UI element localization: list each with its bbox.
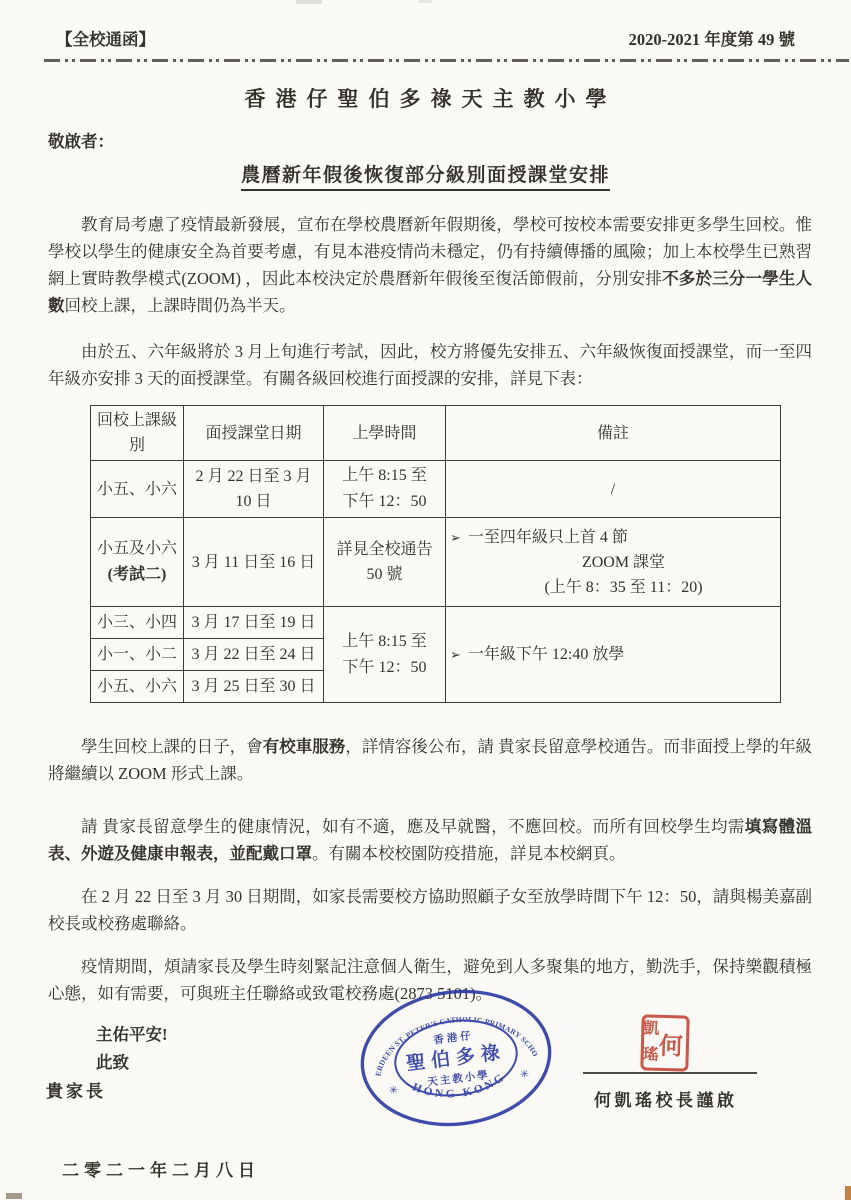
scan-artifact <box>418 0 432 3</box>
dates-cell: 3 月 22 日至 24 日 <box>184 639 324 671</box>
arrow-bullet-icon: ➢ <box>450 642 461 667</box>
paragraph-2: 由於五、六年級將於 3 月上旬進行考試，因此，校方將優先安排五、六年級恢復面授課… <box>48 338 812 392</box>
subject-title: 農曆新年假後恢復部分級別面授課堂安排 <box>241 160 610 191</box>
scan-artifact <box>6 1193 22 1199</box>
remarks-cell: ➢ 一至四年級只上首 4 節 ZOOM 課堂 (上午 8：35 至 11：20) <box>446 518 781 607</box>
grade-cell: 小三、小四 <box>91 607 184 639</box>
grade-cell: 小五及小六 (考試二) <box>91 518 184 607</box>
dates-cell: 3 月 11 日至 16 日 <box>184 518 324 607</box>
stamp-star-right-icon: ✳ <box>519 1068 530 1081</box>
svg-text:香港仔: 香港仔 <box>433 1029 475 1047</box>
time-cell: 上午 8:15 至 下午 12：50 <box>324 461 446 518</box>
table-row: 小五、小六 2 月 22 日至 3 月 10 日 上午 8:15 至 下午 12… <box>91 461 781 518</box>
remarks-cell-merged: ➢ 一年級下午 12:40 放學 <box>446 607 781 703</box>
header-remarks: 備註 <box>446 406 781 461</box>
dates-cell: 2 月 22 日至 3 月 10 日 <box>184 461 324 518</box>
salutation: 敬啟者： <box>48 128 851 152</box>
scan-artifact <box>845 1186 851 1200</box>
subject-wrap: 農曆新年假後恢復部分級別面授課堂安排 <box>0 160 851 191</box>
time-cell-merged: 上午 8:15 至 下午 12：50 <box>324 607 446 703</box>
table-row: 小三、小四 3 月 17 日至 19 日 上午 8:15 至 下午 12：50 … <box>91 607 781 639</box>
notice-header: 【全校通函】 2020-2021 年度第 49 號 <box>0 0 851 50</box>
circular-number-label: 2020-2021 年度第 49 號 <box>629 26 795 50</box>
header-dates: 面授課堂日期 <box>184 406 324 461</box>
scanned-school-notice: 【全校通函】 2020-2021 年度第 49 號 香港仔聖伯多祿天主教小學 敬… <box>0 0 851 1200</box>
paragraph-4: 請 貴家長留意學生的健康情況，如有不適，應及早就醫，不應回校。而所有回校學生均需… <box>48 813 812 867</box>
schedule-table: 回校上課級別 面授課堂日期 上學時間 備註 小五、小六 2 月 22 日至 3 … <box>90 405 781 703</box>
stamp-star-left-icon: ✳ <box>388 1084 399 1097</box>
dashed-divider <box>44 59 849 62</box>
arrow-bullet-icon: ➢ <box>450 525 461 550</box>
svg-text:聖伯多祿: 聖伯多祿 <box>405 1040 507 1075</box>
time-cell: 詳見全校通告 50 號 <box>324 518 446 607</box>
paragraph-1: 教育局考慮了疫情最新發展，宣布在學校農曆新年假期後，學校可按校本需要安排更多學生… <box>48 211 812 319</box>
signature-line <box>583 1072 757 1074</box>
table-row: 小五及小六 (考試二) 3 月 11 日至 16 日 詳見全校通告 50 號 ➢… <box>91 518 781 607</box>
school-stamp-icon: ABERDEEN ST. PETER'S CATHOLIC PRIMARY SC… <box>348 976 564 1139</box>
table-header-row: 回校上課級別 面授課堂日期 上學時間 備註 <box>91 406 781 461</box>
scan-artifact <box>296 0 322 4</box>
grade-cell: 小一、小二 <box>91 639 184 671</box>
dates-cell: 3 月 17 日至 19 日 <box>184 607 324 639</box>
signature-text: 何凱瑤校長謹啟 <box>594 1086 738 1111</box>
remarks-cell: / <box>446 461 781 518</box>
grade-cell: 小五、小六 <box>91 461 184 518</box>
date-line: 二零二一年二月八日 <box>62 1156 851 1181</box>
header-grade: 回校上課級別 <box>91 406 184 461</box>
circular-type-label: 【全校通函】 <box>56 26 155 50</box>
paragraph-3: 學生回校上課的日子，會有校車服務，詳情容後公布，請 貴家長留意學校通告。而非面授… <box>48 733 812 787</box>
paragraph-5: 在 2 月 22 日至 3 月 30 日期間，如家長需要校方協助照顧子女至放學時… <box>48 883 812 937</box>
header-time: 上學時間 <box>324 406 446 461</box>
principal-seal-icon: 何 凱 瑤 <box>640 1014 689 1071</box>
school-name: 香港仔聖伯多祿天主教小學 <box>0 83 851 113</box>
grade-cell: 小五、小六 <box>91 671 184 703</box>
dates-cell: 3 月 25 日至 30 日 <box>184 671 324 703</box>
